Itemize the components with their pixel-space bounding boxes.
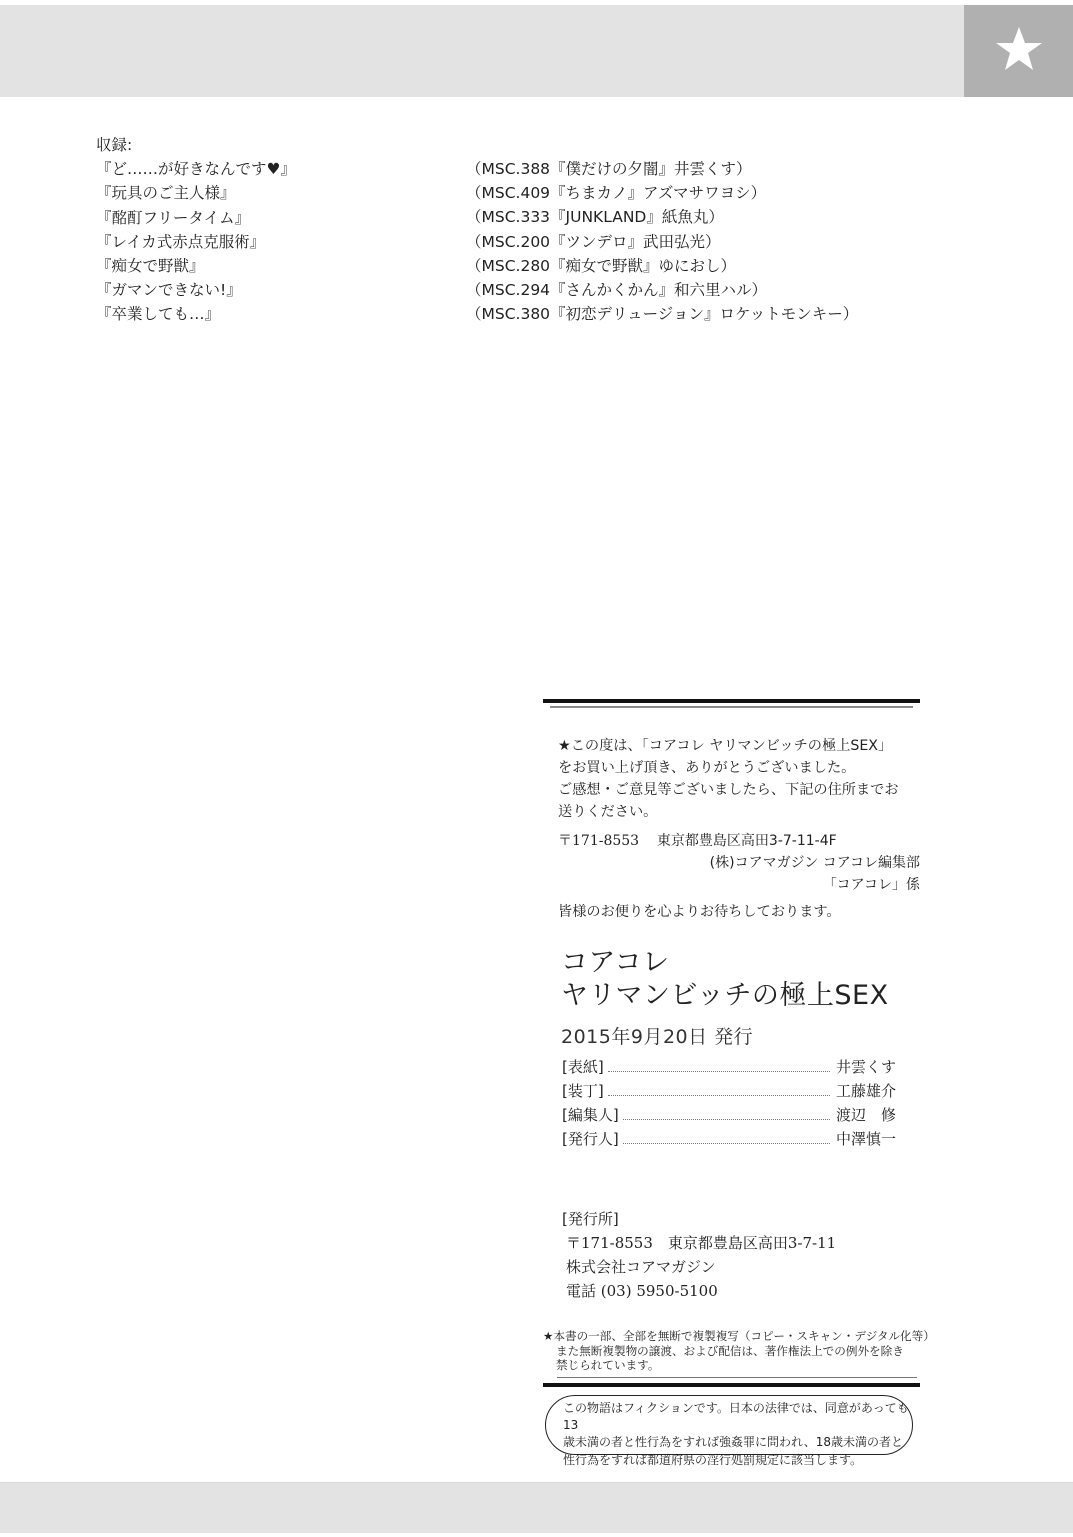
publisher-company: 株式会社コアマガジン [562, 1255, 836, 1279]
story-source: （MSC.388『僕だけの夕闇』井雲くす） [466, 157, 858, 181]
mail-address: 〒171-8553 東京都豊島区高田3-7-11-4F (株)コアマガジン コア… [558, 830, 928, 896]
header-bar [0, 5, 964, 97]
dot-leader [608, 1070, 830, 1072]
credit-role: [表紙] [562, 1056, 604, 1077]
story-title: 『玩具のご主人様』 [96, 181, 296, 205]
star-icon [994, 24, 1044, 78]
disclaimer-line: 性行為をすれば都道府県の淫行処罰規定に該当します。 [563, 1452, 912, 1469]
thanks-message: ★この度は、「コアコレ ヤリマンビッチの極上SEX」 をお買い上げ頂き、ありがと… [558, 735, 928, 823]
story-source: （MSC.333『JUNKLAND』紙魚丸） [466, 205, 858, 229]
department: (株)コアマガジン コアコレ編集部 [558, 852, 928, 874]
attention: 「コアコレ」係 [558, 874, 928, 896]
credit-role: [装丁] [562, 1080, 604, 1101]
thanks-line: ご感想・ご意見等ございましたら、下記の住所までお [558, 779, 928, 801]
story-title: 『ガマンできない!』 [96, 278, 296, 302]
credit-role: [発行人] [562, 1128, 619, 1149]
thanks-line: 送りください。 [558, 801, 928, 823]
credit-name: 中澤慎一 [836, 1128, 900, 1149]
divider-thin [550, 706, 913, 708]
story-source: （MSC.200『ツンデロ』武田弘光） [466, 230, 858, 254]
notice-line: 禁じられています。 [543, 1358, 943, 1373]
notice-line: また無断複製物の譲渡、および配信は、著作権法上での例外を除き [543, 1344, 943, 1359]
credit-row: [表紙]井雲くす [562, 1056, 900, 1080]
thanks-line: をお買い上げ頂き、ありがとうございました。 [558, 757, 928, 779]
contents-list: 収録: 『ど……が好きなんです♥』 『玩具のご主人様』 『酩酊フリータイム』 『… [96, 133, 296, 327]
contents-label: 収録: [96, 133, 296, 157]
credit-row: [編集人]渡辺 修 [562, 1104, 900, 1128]
title-line-2: ヤリマンビッチの極上SEX [561, 979, 889, 1012]
credit-row: [発行人]中澤慎一 [562, 1128, 900, 1152]
story-title: 『レイカ式赤点克服術』 [96, 230, 296, 254]
divider-thin [557, 1377, 917, 1378]
credit-name: 工藤雄介 [836, 1080, 900, 1101]
dot-leader [623, 1142, 830, 1144]
story-source: （MSC.409『ちまカノ』アズマサワヨシ） [466, 181, 858, 205]
disclaimer-line: この物語はフィクションです。日本の法律では、同意があっても13 [563, 1400, 912, 1434]
story-source: （MSC.294『さんかくかん』和六里ハル） [466, 278, 858, 302]
publisher-phone: 電話 (03) 5950-5100 [562, 1279, 836, 1303]
fiction-disclaimer: この物語はフィクションです。日本の法律では、同意があっても13 歳未満の者と性行… [545, 1395, 913, 1455]
star-badge [964, 5, 1073, 97]
story-title: 『痴女で野獣』 [96, 254, 296, 278]
dot-leader [623, 1118, 830, 1120]
street-address: 東京都豊島区高田3-7-11-4F [657, 833, 837, 849]
dot-leader [608, 1094, 830, 1096]
zip-code: 〒171-8553 [558, 833, 639, 849]
story-title: 『ど……が好きなんです♥』 [96, 157, 296, 181]
divider-thick [543, 699, 920, 703]
credits-list: [表紙]井雲くす [装丁]工藤雄介 [編集人]渡辺 修 [発行人]中澤慎一 [562, 1056, 900, 1152]
disclaimer-line: 歳未満の者と性行為をすれば強姦罪に問われ、18歳未満の者と [563, 1434, 912, 1451]
story-source: （MSC.280『痴女で野獣』ゆにおし） [466, 254, 858, 278]
credit-name: 井雲くす [836, 1056, 900, 1077]
story-title: 『酩酊フリータイム』 [96, 206, 296, 230]
copyright-notice: ★本書の一部、全部を無断で複製複写（コピー・スキャン・デジタル化等） また無断複… [543, 1329, 943, 1373]
divider-thick [543, 1383, 920, 1387]
publisher-label: [発行所] [562, 1207, 836, 1231]
publisher-address: 〒171-8553 東京都豊島区高田3-7-11 [562, 1231, 836, 1255]
book-title: コアコレ ヤリマンビッチの極上SEX [561, 946, 889, 1012]
thanks-line: ★この度は、「コアコレ ヤリマンビッチの極上SEX」 [558, 735, 928, 757]
footer-bar [0, 1482, 1073, 1533]
story-source: （MSC.380『初恋デリュージョン』ロケットモンキー） [466, 302, 858, 326]
notice-line: ★本書の一部、全部を無断で複製複写（コピー・スキャン・デジタル化等） [543, 1329, 943, 1344]
credit-row: [装丁]工藤雄介 [562, 1080, 900, 1104]
publication-date: 2015年9月20日 発行 [561, 1022, 753, 1049]
publisher-info: [発行所] 〒171-8553 東京都豊島区高田3-7-11 株式会社コアマガジ… [562, 1207, 836, 1303]
credit-role: [編集人] [562, 1104, 619, 1125]
credit-name: 渡辺 修 [836, 1104, 900, 1125]
story-title: 『卒業しても…』 [96, 302, 296, 326]
title-line-1: コアコレ [561, 946, 889, 979]
contents-sources: （MSC.388『僕だけの夕闇』井雲くす） （MSC.409『ちまカノ』アズマサ… [466, 157, 858, 326]
closing-message: 皆様のお便りを心よりお待ちしております。 [558, 901, 928, 921]
